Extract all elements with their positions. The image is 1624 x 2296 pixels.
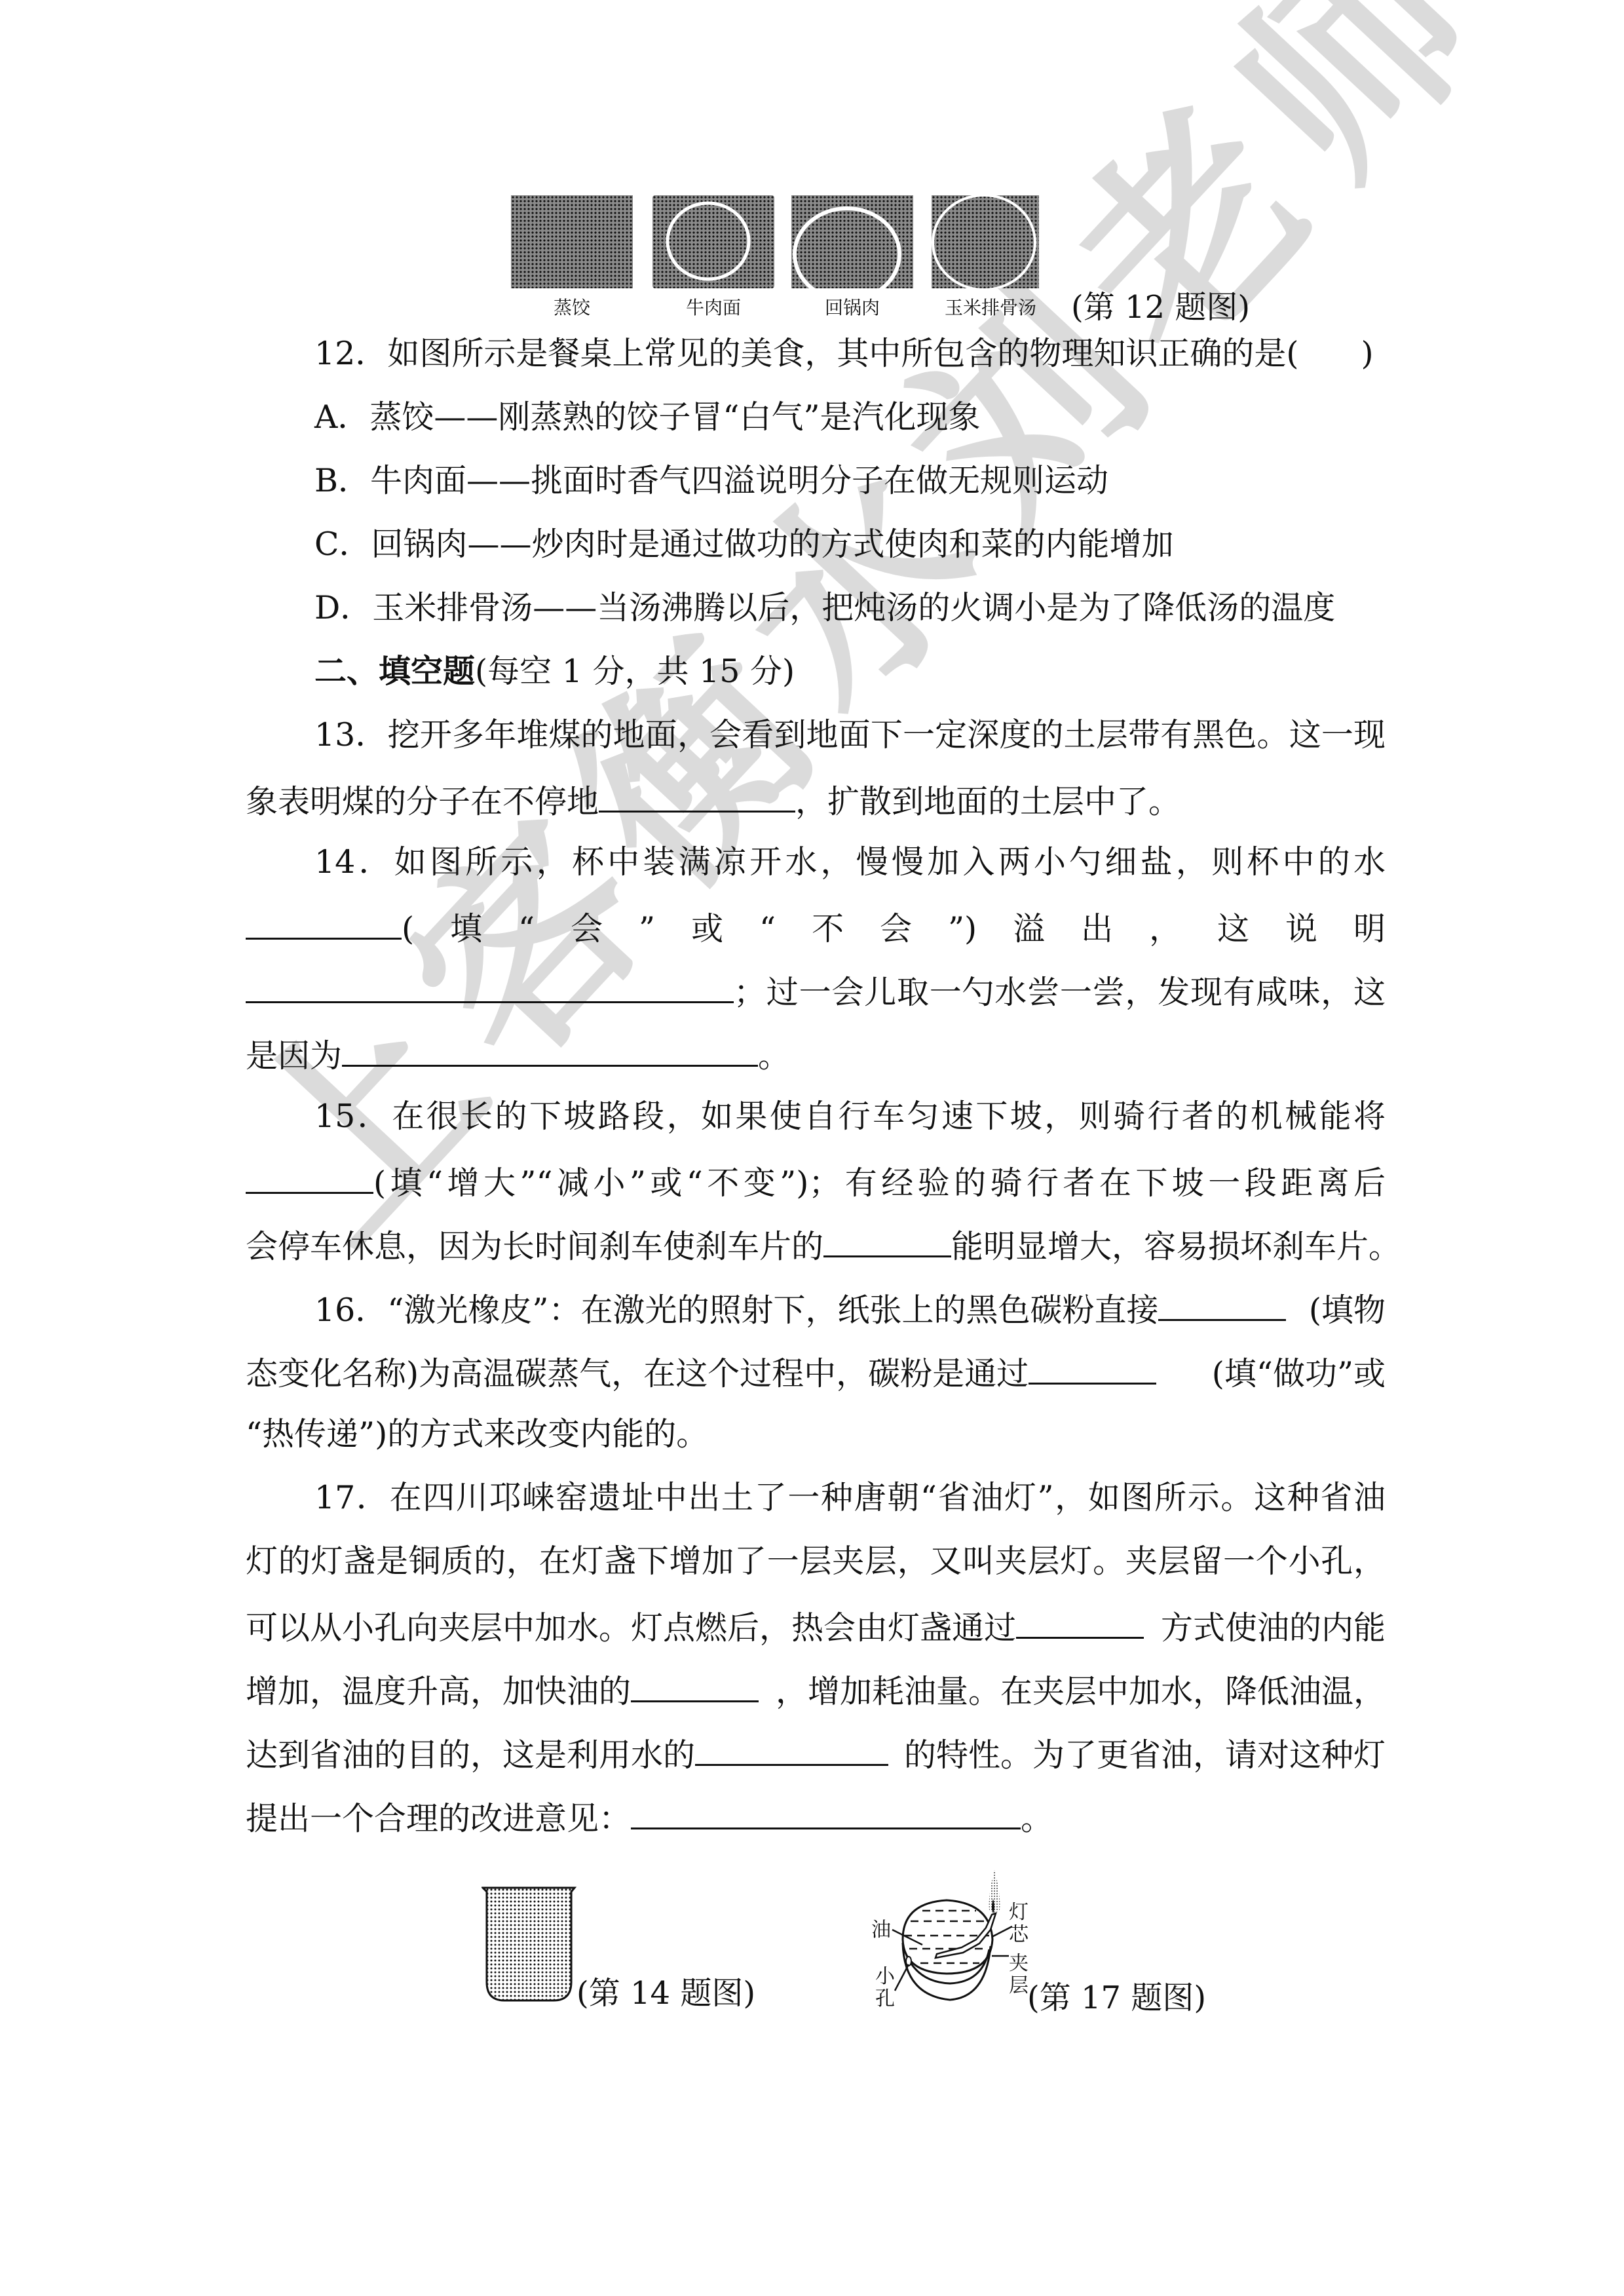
section-title: 二、填空题	[314, 653, 475, 690]
section-note: (每空 1 分，共 15 分)	[475, 653, 795, 690]
q17-line-2: 灯的灯盏是铜质的，在灯盏下增加了一层夹层，又叫夹层灯。夹层留一个小孔，	[246, 1542, 1386, 1581]
q14-line-1: 14．如图所示，杯中装满凉开水，慢慢加入两小勺细盐，则杯中的水	[246, 843, 1386, 882]
food-image-beef-noodles	[652, 195, 774, 288]
q16-line-1: 16．“激光橡皮”：在激光的照射下，纸张上的黑色碳粉直接(填物	[246, 1288, 1386, 1330]
answer-blank[interactable]	[599, 779, 795, 813]
food-caption: 蒸饺	[511, 294, 633, 320]
answer-blank[interactable]	[631, 1669, 759, 1702]
food-image-twice-cooked-pork	[791, 195, 913, 288]
answer-blank[interactable]	[246, 1160, 373, 1194]
q16-line-3: “热传递”)的方式来改变内能的。	[246, 1415, 1386, 1454]
q14-line-3: ；过一会儿取一勺水尝一尝，发现有咸味，这	[246, 970, 1386, 1012]
q17-line-1: 17．在四川邛崃窑遗址中出土了一种唐朝“省油灯”，如图所示。这种省油	[246, 1478, 1386, 1518]
answer-blank[interactable]	[342, 1033, 758, 1067]
food-image-dumplings	[511, 195, 633, 288]
q12-option-b: B．牛肉面——挑面时香气四溢说明分子在做无规则运动	[246, 461, 1386, 501]
figure-caption: (第 17 题图)	[1027, 1972, 1206, 2018]
q14-line-2: (填“会”或“不会”)溢出，这说明	[246, 906, 1386, 949]
figure-caption: (第 12 题图)	[1071, 282, 1250, 327]
answer-blank[interactable]	[1029, 1351, 1156, 1385]
food-caption: 牛肉面	[652, 294, 774, 320]
food-caption: 回锅肉	[791, 294, 913, 320]
label-wick: 灯芯	[1009, 1902, 1030, 1946]
q17-line-5: 达到省油的目的，这是利用水的的特性。为了更省油，请对这种灯	[246, 1732, 1386, 1775]
q15-line-3: 会停车休息，因为长时间刹车使刹车片的能明显增大，容易损坏刹车片。	[246, 1224, 1386, 1267]
q12-option-a: A．蒸饺——刚蒸熟的饺子冒“白气”是汽化现象	[246, 398, 1386, 437]
food-image-corn-rib-soup	[932, 195, 1039, 288]
q14-line-4: 是因为。	[246, 1033, 1386, 1076]
q12-option-c: C．回锅肉——炒肉时是通过做功的方式使肉和菜的内能增加	[246, 525, 1386, 564]
q17-line-6: 提出一个合理的改进意见：。	[246, 1796, 1386, 1839]
exam-page: 上客衡水刘老师 蒸饺 牛肉面 回锅肉 玉米排骨汤 (第 12 题图) 12．如图…	[0, 0, 1624, 2296]
q12-stem: 12．如图所示是餐桌上常见的美食，其中所包含的物理知识正确的是()	[246, 334, 1386, 373]
q17-figure: 油 灯芯 夹层 小孔 (第 17 题图)	[852, 1848, 1218, 2031]
answer-blank[interactable]	[695, 1732, 888, 1766]
q13-line-2: 象表明煤的分子在不停地，扩散到地面的土层中了。	[246, 779, 1386, 822]
label-oil: 油	[871, 1913, 891, 1942]
q17-line-3: 可以从小孔向夹层中加水。灯点燃后，热会由灯盏通过方式使油的内能	[246, 1605, 1386, 1648]
beaker-icon	[482, 1884, 576, 2008]
answer-blank[interactable]	[823, 1224, 951, 1257]
food-caption: 玉米排骨汤	[912, 294, 1069, 320]
q12-option-d: D．玉米排骨汤——当汤沸腾以后，把炖汤的火调小是为了降低汤的温度	[246, 588, 1386, 628]
q15-line-1: 15．在很长的下坡路段，如果使自行车匀速下坡，则骑行者的机械能将	[246, 1097, 1386, 1136]
answer-blank[interactable]	[631, 1796, 1021, 1829]
q13-line-1: 13．挖开多年堆煤的地面，会看到地面下一定深度的土层带有黑色。这一现	[246, 716, 1386, 755]
label-hole: 小孔	[875, 1966, 896, 2010]
answer-blank[interactable]	[1016, 1605, 1144, 1639]
answer-blank[interactable]	[246, 970, 734, 1003]
figure-caption: (第 14 题图)	[576, 1968, 755, 2013]
q15-line-2: (填“增大”“减小”或“不变”)；有经验的骑行者在下坡一段距离后	[246, 1160, 1386, 1203]
answer-blank[interactable]	[246, 906, 402, 940]
q16-line-2: 态变化名称)为高温碳蒸气，在这个过程中，碳粉是通过(填“做功”或	[246, 1351, 1386, 1394]
answer-blank[interactable]	[1158, 1288, 1286, 1321]
section-heading: 二、填空题(每空 1 分，共 15 分)	[246, 652, 1386, 691]
q17-line-4: 增加，温度升高，加快油的，增加耗油量。在夹层中加水，降低油温，	[246, 1669, 1386, 1712]
q14-figure: (第 14 题图)	[478, 1884, 753, 2015]
